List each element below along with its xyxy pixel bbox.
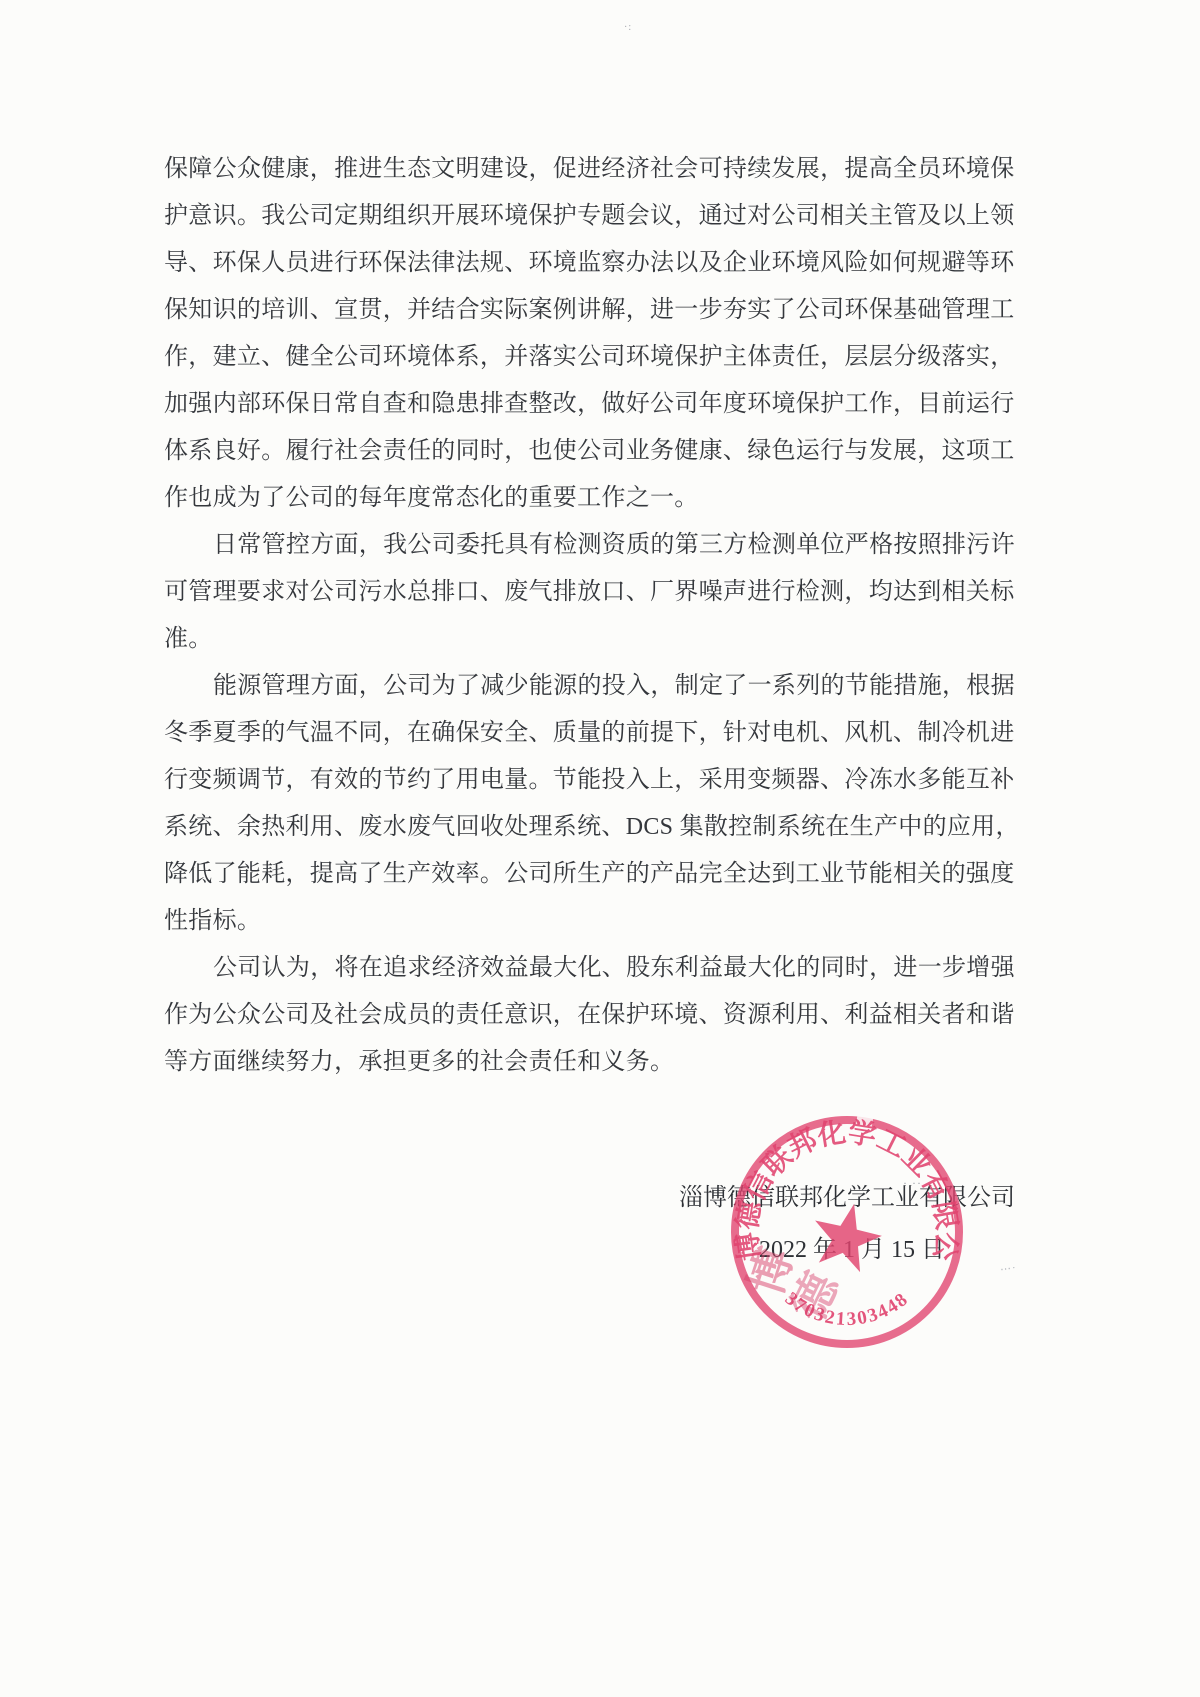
text-line: 公司认为，将在追求经济效益最大化、股东利益最大化的同时，进一步增强 xyxy=(164,945,1030,992)
text-line: 保障公众健康，推进生态文明建设，促进经济社会可持续发展，提高全员环境保 xyxy=(164,146,1030,193)
text-line: 冬季夏季的气温不同，在确保安全、质量的前提下，针对电机、风机、制冷机进 xyxy=(164,710,1030,757)
text-line: 作为公众公司及社会成员的责任意识，在保护环境、资源利用、利益相关者和谐 xyxy=(164,992,1030,1039)
text-line: 等方面继续努力，承担更多的社会责任和义务。 xyxy=(164,1039,1030,1086)
seal-ring xyxy=(735,1120,959,1344)
scan-speck: ⋯· xyxy=(999,1261,1017,1276)
document-body: 保障公众健康，推进生态文明建设，促进经济社会可持续发展，提高全员环境保护意识。我… xyxy=(164,146,1030,1086)
text-line: 护意识。我公司定期组织开展环境保护专题会议，通过对公司相关主管及以上领 xyxy=(164,193,1030,240)
text-line: 体系良好。履行社会责任的同时，也使公司业务健康、绿色运行与发展，这项工 xyxy=(164,428,1030,475)
signature-date: 2022 年 1 月 15 日 xyxy=(759,1234,945,1266)
company-seal: 淄博德信联邦化学工业有限公司 370321303448 博 德 xyxy=(727,1112,967,1352)
text-line: 行变频调节，有效的节约了用电量。节能投入上，采用变频器、冷冻水多能互补 xyxy=(164,757,1030,804)
text-line: 可管理要求对公司污水总排口、废气排放口、厂界噪声进行检测，均达到相关标 xyxy=(164,569,1030,616)
text-line: 系统、余热利用、废水废气回收处理系统、DCS 集散控制系统在生产中的应用， xyxy=(164,804,1030,851)
seal-number-arc-text: 370321303448 xyxy=(781,1288,913,1330)
text-line: 加强内部环保日常自查和隐患排查整改，做好公司年度环境保护工作，目前运行 xyxy=(164,381,1030,428)
text-line: 能源管理方面，公司为了减少能源的投入，制定了一系列的节能措施，根据 xyxy=(164,663,1030,710)
text-line: 导、环保人员进行环保法律法规、环境监察办法以及企业环境风险如何规避等环 xyxy=(164,240,1030,287)
document-page: 保障公众健康，推进生态文明建设，促进经济社会可持续发展，提高全员环境保护意识。我… xyxy=(0,0,1200,1697)
seal-ring-notch xyxy=(856,1112,874,1126)
text-line: 作也成为了公司的每年度常态化的重要工作之一。 xyxy=(164,475,1030,522)
text-line: 性指标。 xyxy=(164,898,1030,945)
text-line: 准。 xyxy=(164,616,1030,663)
scan-speck: ·: xyxy=(624,22,632,33)
text-line: 作，建立、健全公司环境体系，并落实公司环境保护主体责任，层层分级落实， xyxy=(164,334,1030,381)
text-line: 降低了能耗，提高了生产效率。公司所生产的产品完全达到工业节能相关的强度 xyxy=(164,851,1030,898)
text-line: 保知识的培训、宣贯，并结合实际案例讲解，进一步夯实了公司环保基础管理工 xyxy=(164,287,1030,334)
text-line: 日常管控方面，我公司委托具有检测资质的第三方检测单位严格按照排污许 xyxy=(164,522,1030,569)
seal-ghost-mark: 德 xyxy=(782,1263,849,1328)
signature-company-name: 淄博德信联邦化学工业有限公司 xyxy=(679,1182,1015,1214)
company-seal-graphic: 淄博德信联邦化学工业有限公司 370321303448 博 德 xyxy=(727,1112,967,1352)
